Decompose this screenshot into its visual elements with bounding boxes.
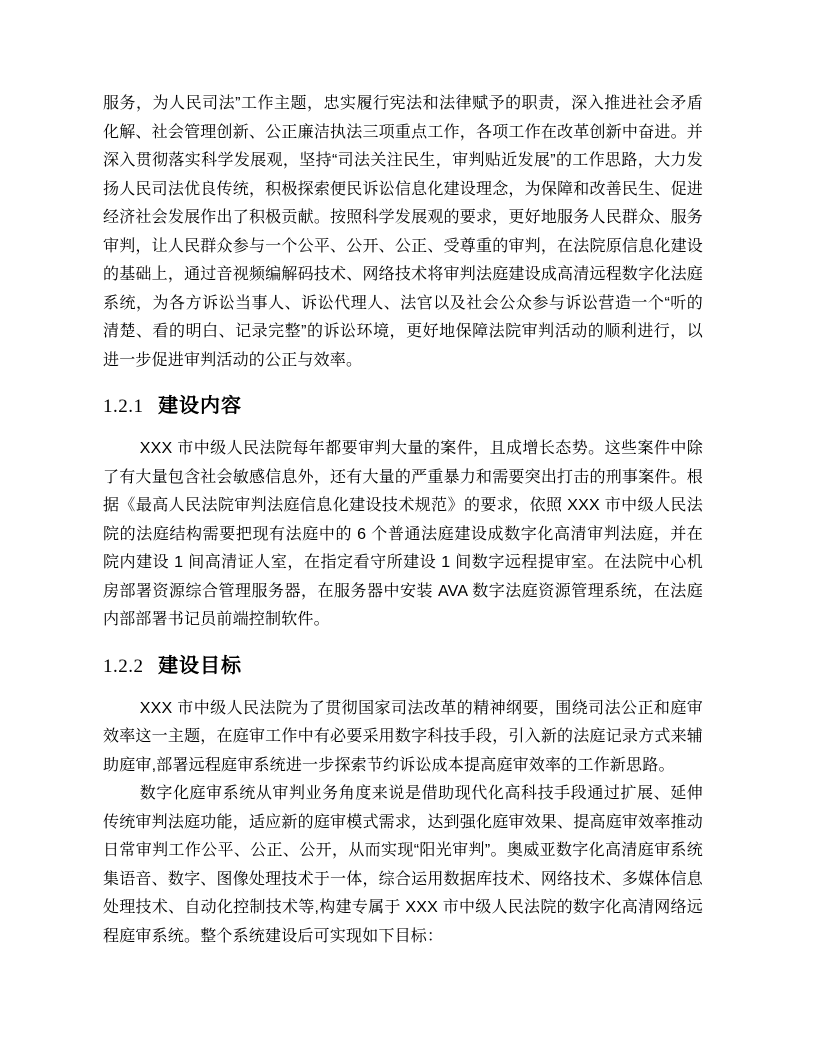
section-heading-building-goals: 1.2.2 建设目标 [103, 651, 703, 682]
heading-title: 建设内容 [158, 395, 242, 417]
section-building-goals-paragraph-2: 数字化庭审系统从审判业务角度来说是借助现代化高科技手段通过扩展、延伸传统审判法庭… [103, 780, 703, 951]
intro-paragraph: 服务，为人民司法”工作主题，忠实履行宪法和法律赋予的职责，深入推进社会矛盾化解、… [103, 90, 703, 375]
document-page: 服务，为人民司法”工作主题，忠实履行宪法和法律赋予的职责，深入推进社会矛盾化解、… [0, 0, 816, 1056]
section-heading-building-content: 1.2.1 建设内容 [103, 391, 703, 422]
section-building-content-paragraph: XXX 市中级人民法院每年都要审判大量的案件，且成增长态势。这些案件中除了有大量… [103, 435, 703, 635]
heading-number: 1.2.2 [103, 656, 144, 677]
heading-title: 建设目标 [158, 655, 242, 677]
heading-number: 1.2.1 [103, 396, 144, 417]
section-building-goals-paragraph-1: XXX 市中级人民法院为了贯彻国家司法改革的精神纲要，围绕司法公正和庭审效率这一… [103, 695, 703, 781]
